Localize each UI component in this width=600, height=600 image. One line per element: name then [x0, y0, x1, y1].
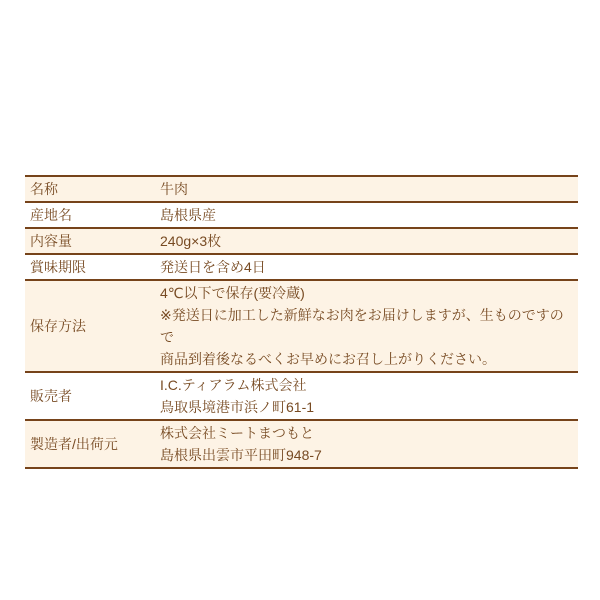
- value-line: 牛肉: [160, 178, 573, 200]
- row-label-best-before: 賞味期限: [25, 254, 155, 280]
- product-spec-table: 名称 牛肉 産地名 島根県産 内容量 240g×3枚 賞味期限: [25, 175, 578, 469]
- table-row-best-before: 賞味期限 発送日を含め4日: [25, 254, 578, 280]
- value-line: 発送日を含め4日: [160, 256, 573, 278]
- row-value-name: 牛肉: [155, 176, 578, 202]
- value-line: I.C.ティアラム株式会社: [160, 374, 573, 396]
- table-row-name: 名称 牛肉: [25, 176, 578, 202]
- table-row-content-amount: 内容量 240g×3枚: [25, 228, 578, 254]
- value-line: 鳥取県境港市浜ノ町61-1: [160, 396, 573, 418]
- row-label-content-amount: 内容量: [25, 228, 155, 254]
- row-value-seller: I.C.ティアラム株式会社 鳥取県境港市浜ノ町61-1: [155, 372, 578, 420]
- row-value-content-amount: 240g×3枚: [155, 228, 578, 254]
- table-row-manufacturer: 製造者/出荷元 株式会社ミートまつもと 島根県出雲市平田町948-7: [25, 420, 578, 468]
- table-row-storage-method: 保存方法 4℃以下で保存(要冷蔵) ※発送日に加工した新鮮なお肉をお届けしますが…: [25, 280, 578, 372]
- row-label-storage-method: 保存方法: [25, 280, 155, 372]
- row-value-storage-method: 4℃以下で保存(要冷蔵) ※発送日に加工した新鮮なお肉をお届けしますが、生もので…: [155, 280, 578, 372]
- product-page: 名称 牛肉 産地名 島根県産 内容量 240g×3枚 賞味期限: [0, 0, 600, 600]
- value-line: 4℃以下で保存(要冷蔵): [160, 282, 573, 304]
- value-line: ※発送日に加工した新鮮なお肉をお届けしますが、生ものですので: [160, 304, 573, 348]
- table-row-origin: 産地名 島根県産: [25, 202, 578, 228]
- row-label-origin: 産地名: [25, 202, 155, 228]
- row-value-best-before: 発送日を含め4日: [155, 254, 578, 280]
- value-line: 240g×3枚: [160, 230, 573, 252]
- value-line: 商品到着後なるべくお早めにお召し上がりください。: [160, 348, 573, 370]
- row-value-manufacturer: 株式会社ミートまつもと 島根県出雲市平田町948-7: [155, 420, 578, 468]
- row-value-origin: 島根県産: [155, 202, 578, 228]
- row-label-seller: 販売者: [25, 372, 155, 420]
- row-label-manufacturer: 製造者/出荷元: [25, 420, 155, 468]
- table-row-seller: 販売者 I.C.ティアラム株式会社 鳥取県境港市浜ノ町61-1: [25, 372, 578, 420]
- value-line: 島根県出雲市平田町948-7: [160, 444, 573, 466]
- value-line: 株式会社ミートまつもと: [160, 422, 573, 444]
- value-line: 島根県産: [160, 204, 573, 226]
- row-label-name: 名称: [25, 176, 155, 202]
